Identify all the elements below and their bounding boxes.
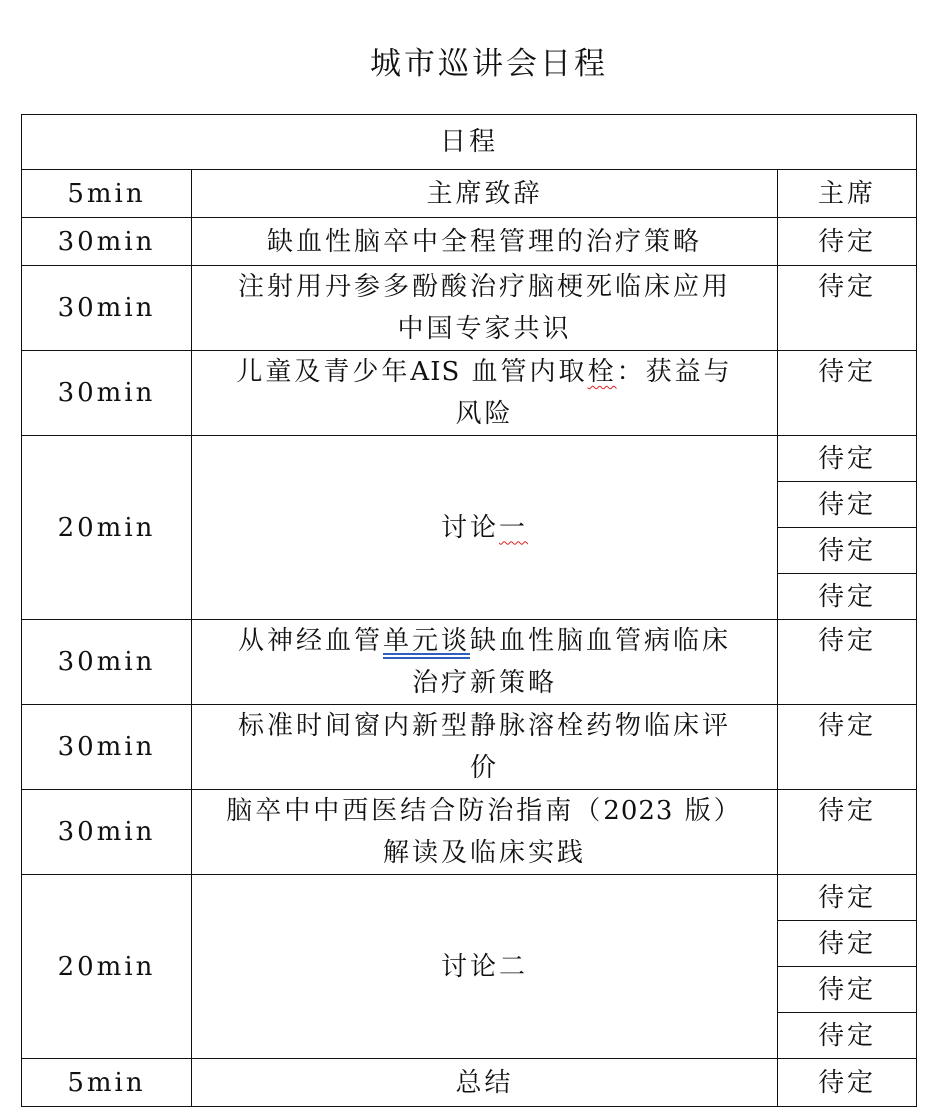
topic-line: 价 (192, 747, 777, 789)
topic-line: 注射用丹参多酚酸治疗脑梗死临床应用 (192, 266, 777, 308)
duration-cell: 30min (22, 266, 192, 351)
chair-cell: 主席 (778, 170, 917, 218)
table-row: 20min 讨论二 待定 (22, 875, 917, 921)
chair-cell: 待定 (778, 790, 917, 875)
topic-cell: 讨论二 (192, 875, 778, 1059)
duration-cell: 20min (22, 875, 192, 1059)
duration-cell: 30min (22, 218, 192, 266)
table-row: 30min 从神经血管单元谈缺血性脑血管病临床 治疗新策略 待定 (22, 620, 917, 705)
topic-cell: 标准时间窗内新型静脉溶栓药物临床评 价 (192, 705, 778, 790)
topic-line: 脑卒中中西医结合防治指南（2023 版） (192, 790, 777, 832)
topic-line: 从神经血管单元谈缺血性脑血管病临床 (192, 620, 777, 662)
chair-cell: 待定 (778, 875, 917, 921)
topic-line: 标准时间窗内新型静脉溶栓药物临床评 (192, 705, 777, 747)
spellcheck-flag[interactable]: 一 (499, 513, 528, 543)
topic-cell: 主席致辞 (192, 170, 778, 218)
chair-cell: 待定 (778, 351, 917, 436)
duration-cell: 5min (22, 170, 192, 218)
table-row: 20min 讨论一 待定 (22, 436, 917, 482)
table-row: 5min 主席致辞 主席 (22, 170, 917, 218)
table-row: 30min 标准时间窗内新型静脉溶栓药物临床评 价 待定 (22, 705, 917, 790)
topic-text: 讨论 (441, 513, 499, 543)
table-header-row: 日程 (22, 115, 917, 170)
table-header: 日程 (22, 115, 917, 170)
schedule-table: 日程 5min 主席致辞 主席 30min 缺血性脑卒中全程管理的治疗策略 待定… (21, 114, 917, 1107)
table-row: 5min 总结 待定 (22, 1059, 917, 1107)
topic-line: 治疗新策略 (192, 662, 777, 704)
topic-cell: 讨论一 (192, 436, 778, 620)
chair-cell: 待定 (778, 1059, 917, 1107)
table-row: 30min 注射用丹参多酚酸治疗脑梗死临床应用 中国专家共识 待定 (22, 266, 917, 351)
table-row: 30min 缺血性脑卒中全程管理的治疗策略 待定 (22, 218, 917, 266)
duration-cell: 20min (22, 436, 192, 620)
table-row: 30min 儿童及青少年AIS 血管内取栓：获益与 风险 待定 (22, 351, 917, 436)
duration-cell: 5min (22, 1059, 192, 1107)
document-title: 城市巡讲会日程 (0, 38, 932, 83)
topic-cell: 脑卒中中西医结合防治指南（2023 版） 解读及临床实践 (192, 790, 778, 875)
table-row: 30min 脑卒中中西医结合防治指南（2023 版） 解读及临床实践 待定 (22, 790, 917, 875)
chair-cell: 待定 (778, 482, 917, 528)
chair-cell: 待定 (778, 574, 917, 620)
chair-cell: 待定 (778, 266, 917, 351)
topic-text: 血管内取 (472, 357, 588, 387)
grammar-flag[interactable]: 单元谈 (383, 626, 470, 656)
topic-line: 中国专家共识 (192, 308, 777, 350)
chair-cell: 待定 (778, 921, 917, 967)
topic-cell: 从神经血管单元谈缺血性脑血管病临床 治疗新策略 (192, 620, 778, 705)
duration-cell: 30min (22, 351, 192, 436)
topic-abbrev: AIS (410, 357, 460, 387)
duration-cell: 30min (22, 790, 192, 875)
duration-cell: 30min (22, 705, 192, 790)
topic-text: 脑卒中中西医结合防治指南（ (226, 796, 603, 826)
duration-cell: 30min (22, 620, 192, 705)
topic-cell: 注射用丹参多酚酸治疗脑梗死临床应用 中国专家共识 (192, 266, 778, 351)
chair-cell: 待定 (778, 620, 917, 705)
topic-line: 儿童及青少年AIS 血管内取栓：获益与 (192, 351, 777, 393)
spellcheck-flag[interactable]: 栓 (588, 357, 617, 387)
topic-line: 解读及临床实践 (192, 832, 777, 874)
chair-cell: 待定 (778, 218, 917, 266)
topic-text: 缺血性脑血管病临床 (470, 626, 731, 656)
topic-year: 2023 (603, 796, 673, 826)
topic-text: 版） (685, 796, 743, 826)
chair-cell: 待定 (778, 967, 917, 1013)
chair-cell: 待定 (778, 436, 917, 482)
topic-cell: 儿童及青少年AIS 血管内取栓：获益与 风险 (192, 351, 778, 436)
chair-cell: 待定 (778, 528, 917, 574)
topic-text: 儿童及青少年 (236, 357, 410, 387)
topic-text: 从神经血管 (238, 626, 383, 656)
topic-line: 风险 (192, 393, 777, 435)
topic-cell: 缺血性脑卒中全程管理的治疗策略 (192, 218, 778, 266)
topic-cell: 总结 (192, 1059, 778, 1107)
chair-cell: 待定 (778, 1013, 917, 1059)
topic-text: ：获益与 (617, 357, 733, 387)
chair-cell: 待定 (778, 705, 917, 790)
